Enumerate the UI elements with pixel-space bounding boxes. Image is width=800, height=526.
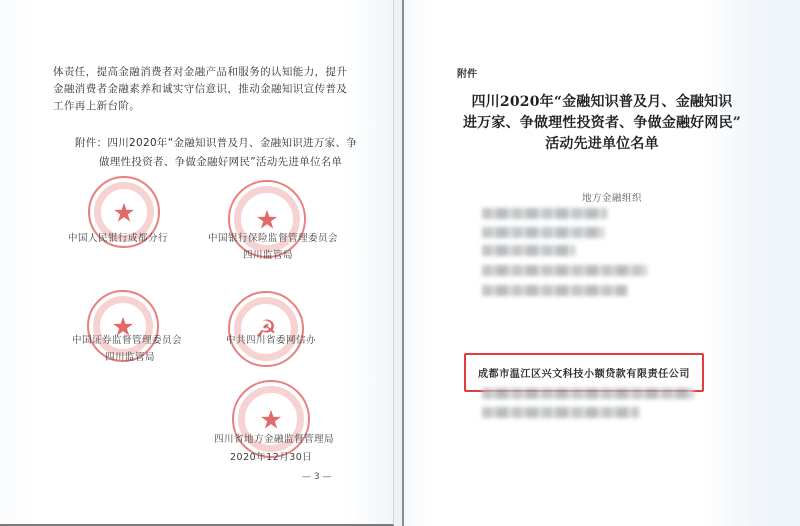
attachment-note: 附件：四川2020年“金融知识普及月、金融知识进万家、争 做理性投资者、争做金融…	[75, 134, 360, 172]
redacted-entry	[482, 208, 607, 219]
official-seal-sichuan-finance-bureau: ★	[232, 380, 310, 458]
star-icon: ★	[259, 407, 282, 433]
redacted-entry	[482, 407, 639, 418]
title-line-3: 活动先进单位名单	[462, 134, 742, 155]
redacted-entry	[482, 245, 575, 256]
official-seal-party-cac: ☭	[228, 291, 304, 367]
attachment-note-line-1: 附件：四川2020年“金融知识普及月、金融知识进万家、争	[75, 137, 357, 149]
signatory-sichuan-finance-bureau: 四川省地方金融监督管理局	[214, 431, 334, 445]
signatory-party-cac: 中共四川省委网信办	[226, 332, 316, 346]
redacted-entry	[482, 227, 604, 238]
redacted-entry	[482, 285, 627, 296]
star-icon: ★	[112, 200, 135, 226]
page-number: — 3 —	[302, 472, 331, 482]
document-title: 四川2020年“金融知识普及月、金融知识 进万家、争做理性投资者、争做金融好网民…	[462, 92, 742, 155]
page-gutter	[394, 0, 402, 526]
signatory-cbirc-branch: 四川监管局	[243, 247, 293, 261]
title-line-2: 进万家、争做理性投资者、争做金融好网民”	[462, 113, 742, 134]
left-document-page: 体责任，提高金融消费者对金融产品和服务的认知能力，提升金融消费者金融素养和诚实守…	[0, 0, 394, 526]
signatory-pbc-chengdu: 中国人民银行成都分行	[68, 230, 168, 244]
signatory-csrc-branch: 四川监管局	[105, 349, 155, 363]
signatory-csrc: 中国证券监督管理委员会	[72, 332, 182, 346]
document-date: 2020年12月30日	[230, 449, 312, 463]
redacted-entry	[482, 265, 647, 276]
title-line-1: 四川2020年“金融知识普及月、金融知识	[462, 92, 742, 113]
attachment-note-line-2: 做理性投资者、争做金融好网民”活动先进单位名单	[75, 153, 360, 172]
redacted-entry	[482, 388, 694, 399]
section-heading: 地方金融组织	[582, 190, 642, 204]
body-paragraph: 体责任，提高金融消费者对金融产品和服务的认知能力，提升金融消费者金融素养和诚实守…	[53, 64, 353, 115]
signatory-cbirc: 中国银行保险监督管理委员会	[208, 230, 338, 244]
highlighted-company: 成都市温江区兴文科技小额贷款有限责任公司	[478, 365, 690, 380]
attachment-label: 附件	[457, 65, 477, 80]
